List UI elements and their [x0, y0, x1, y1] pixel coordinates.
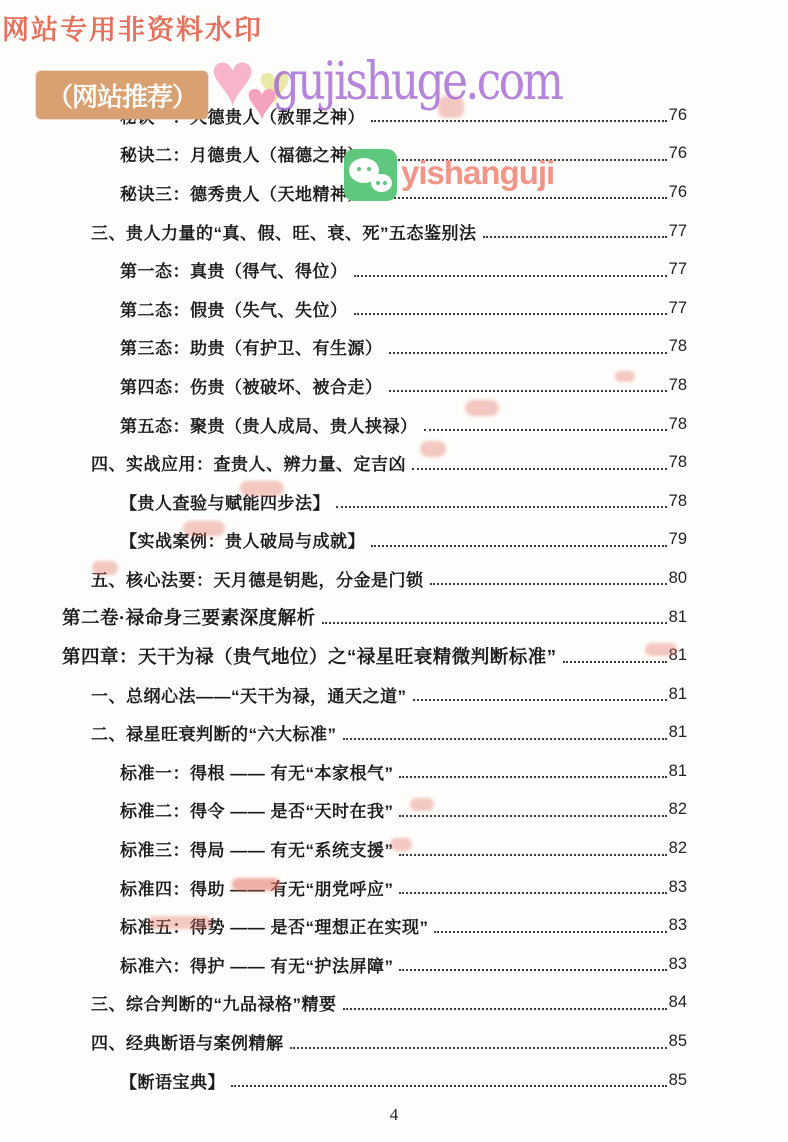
toc-entry-page-number: 82	[669, 839, 687, 858]
toc-entry-title: 秘诀三：德秀贵人（天地精神）	[120, 180, 365, 205]
toc-entry: 第五态：聚贵（贵人成局、贵人挟禄） 78	[62, 405, 687, 444]
toc-entry-page-number: 77	[669, 299, 687, 318]
toc-entry-title: 三、贵人力量的“真、假、旺、衰、死”五态鉴别法	[91, 219, 477, 244]
document-page: 网站专用非资料水印 （网站推荐） ♥ ♥ ♥ gujishuge.com yis…	[0, 0, 788, 1142]
dot-leader	[343, 738, 667, 740]
toc-entry-title: 一、总纲心法——“天干为禄，通天之道”	[91, 682, 407, 707]
dot-leader	[399, 776, 666, 778]
dot-leader	[389, 390, 667, 392]
toc-entry: 四、经典断语与案例精解 85	[62, 1022, 687, 1061]
toc-entry-page-number: 83	[669, 955, 687, 974]
toc-entry-page-number: 78	[669, 376, 687, 395]
dot-leader	[424, 429, 667, 431]
toc-entry-title: 第四章：天干为禄（贵气地位）之“禄星旺衰精微判断标准”	[62, 643, 557, 669]
toc-entry: 标准四：得助 —— 有无“朋党呼应” 83	[62, 868, 687, 907]
toc-entry: 三、贵人力量的“真、假、旺、衰、死”五态鉴别法 77	[62, 212, 687, 251]
toc-entry: 第一态：真贵（得气、得位） 77	[62, 250, 687, 289]
toc-entry-page-number: 76	[669, 183, 687, 202]
redaction-mark	[410, 798, 434, 811]
toc-entry: 三、综合判断的“九品禄格”精要 84	[62, 984, 687, 1023]
dot-leader	[389, 352, 667, 354]
toc-entry-title: 第四态：伤贵（被破坏、被合走）	[120, 373, 383, 398]
dot-leader	[343, 1008, 667, 1010]
chat-bubble-icon	[371, 174, 392, 192]
dot-leader	[399, 854, 666, 856]
toc-entry-page-number: 79	[669, 530, 687, 549]
site-recommend-label: （网站推荐）	[47, 77, 197, 114]
toc-entry: 二、禄星旺衰判断的“六大标准” 81	[62, 714, 687, 753]
toc-entry-title: 第三态：助贵（有护卫、有生源）	[120, 334, 383, 359]
toc-entry-page-number: 81	[669, 762, 687, 781]
dot-leader	[434, 931, 666, 933]
dot-leader	[430, 583, 667, 585]
toc-entry: 【贵人查验与赋能四步法】 78	[62, 482, 687, 521]
redaction-mark	[148, 916, 212, 929]
toc-entry-page-number: 78	[669, 453, 687, 472]
toc-entry-title: 四、实战应用：查贵人、辨力量、定吉凶	[91, 450, 406, 475]
toc-entry: 【实战案例：贵人破局与成就】 79	[62, 521, 687, 560]
toc-entry-page-number: 85	[669, 1032, 687, 1051]
toc-entry-page-number: 82	[669, 800, 687, 819]
toc-entry-title: 第二态：假贵（失气、失位）	[120, 296, 348, 321]
dot-leader	[399, 892, 666, 894]
redaction-mark	[615, 371, 635, 382]
toc-entry-title: 四、经典断语与案例精解	[91, 1029, 284, 1054]
redaction-mark	[420, 441, 446, 457]
toc-entry-page-number: 85	[669, 1071, 687, 1090]
toc-entry: 第二态：假贵（失气、失位） 77	[62, 289, 687, 328]
page-number: 4	[0, 1105, 788, 1125]
toc-entry-page-number: 76	[669, 144, 687, 163]
redaction-mark	[240, 481, 284, 496]
toc-entry-title: 【贵人查验与赋能四步法】	[120, 489, 330, 514]
toc-entry-title: 第二卷·禄命身三要素深度解析	[62, 604, 316, 630]
dot-leader	[399, 815, 666, 817]
toc-entry: 标准三：得局 —— 有无“系统支援” 82	[62, 829, 687, 868]
toc-entry-page-number: 81	[669, 723, 687, 742]
toc-entry: 第三态：助贵（有护卫、有生源） 78	[62, 328, 687, 367]
toc-entry: 第二卷·禄命身三要素深度解析 81	[62, 598, 687, 637]
dot-leader	[483, 236, 667, 238]
toc-entry: 标准六：得护 —— 有无“护法屏障” 83	[62, 945, 687, 984]
toc-entry-page-number: 81	[669, 608, 687, 627]
dot-leader	[322, 622, 667, 624]
toc-entry-page-number: 76	[669, 106, 687, 125]
wechat-icon	[344, 149, 397, 201]
toc-entry-title: 标准二：得令 —— 是否“天时在我”	[120, 797, 393, 822]
toc-entry-page-number: 84	[669, 993, 687, 1012]
dot-leader	[371, 545, 667, 547]
toc-entry: 四、实战应用：查贵人、辨力量、定吉凶 78	[62, 443, 687, 482]
toc-entry: 第四态：伤贵（被破坏、被合走） 78	[62, 366, 687, 405]
toc-entry-title: 第五态：聚贵（贵人成局、贵人挟禄）	[120, 412, 418, 437]
wechat-id-watermark: yishanguji	[401, 154, 554, 192]
toc-entry-page-number: 81	[669, 685, 687, 704]
toc-entry-title: 秘诀二：月德贵人（福德之神）	[120, 141, 365, 166]
redaction-mark	[390, 838, 412, 851]
toc-entry-page-number: 77	[669, 222, 687, 241]
redaction-mark	[232, 878, 280, 891]
dot-leader	[563, 661, 667, 663]
toc-entry-title: 标准六：得护 —— 有无“护法屏障”	[120, 952, 393, 977]
toc-entry: 一、总纲心法——“天干为禄，通天之道” 81	[62, 675, 687, 714]
dot-leader	[290, 1047, 667, 1049]
redaction-mark	[645, 643, 677, 656]
redaction-mark	[183, 521, 225, 536]
toc-entry-page-number: 83	[669, 878, 687, 897]
dot-leader	[412, 468, 667, 470]
dot-leader	[336, 506, 667, 508]
redaction-mark	[92, 561, 118, 575]
toc-entry-title: 【实战案例：贵人破局与成就】	[120, 527, 365, 552]
toc-entry-page-number: 83	[669, 916, 687, 935]
toc-entry-title: 三、综合判断的“九品禄格”精要	[91, 990, 337, 1015]
dot-leader	[413, 699, 667, 701]
toc-entry-title: 标准一：得根 —— 有无“本家根气”	[120, 759, 393, 784]
toc-entry-title: 【断语宝典】	[120, 1068, 225, 1093]
toc-entry: 第四章：天干为禄（贵气地位）之“禄星旺衰精微判断标准” 81	[62, 636, 687, 675]
toc-entry: 标准二：得令 —— 是否“天时在我” 82	[62, 791, 687, 830]
toc-entry-title: 二、禄星旺衰判断的“六大标准”	[91, 720, 337, 745]
toc-entry-page-number: 78	[669, 492, 687, 511]
site-url-watermark: gujishuge.com	[272, 52, 561, 112]
toc-entry: 标准一：得根 —— 有无“本家根气” 81	[62, 752, 687, 791]
dot-leader	[371, 197, 667, 199]
toc-entry-title: 五、核心法要：天月德是钥匙，分金是门锁	[91, 566, 424, 591]
toc-entry: 【断语宝典】 85	[62, 1061, 687, 1100]
toc-entry-title: 标准三：得局 —— 有无“系统支援”	[120, 836, 393, 861]
toc-entry-page-number: 77	[669, 260, 687, 279]
table-of-contents: 秘诀一：天德贵人（赦罪之神） 76 秘诀二：月德贵人（福德之神） 76 秘诀三：…	[62, 96, 687, 1099]
dot-leader	[399, 969, 666, 971]
dot-leader	[354, 313, 667, 315]
dot-leader	[354, 275, 667, 277]
toc-entry: 五、核心法要：天月德是钥匙，分金是门锁 80	[62, 559, 687, 598]
toc-entry-page-number: 78	[669, 415, 687, 434]
site-recommend-badge: （网站推荐）	[36, 71, 208, 119]
toc-entry-page-number: 78	[669, 337, 687, 356]
dot-leader	[231, 1085, 667, 1087]
toc-entry-title: 第一态：真贵（得气、得位）	[120, 257, 348, 282]
redaction-mark	[465, 400, 499, 416]
dot-leader	[371, 120, 667, 122]
toc-entry-page-number: 80	[669, 569, 687, 588]
